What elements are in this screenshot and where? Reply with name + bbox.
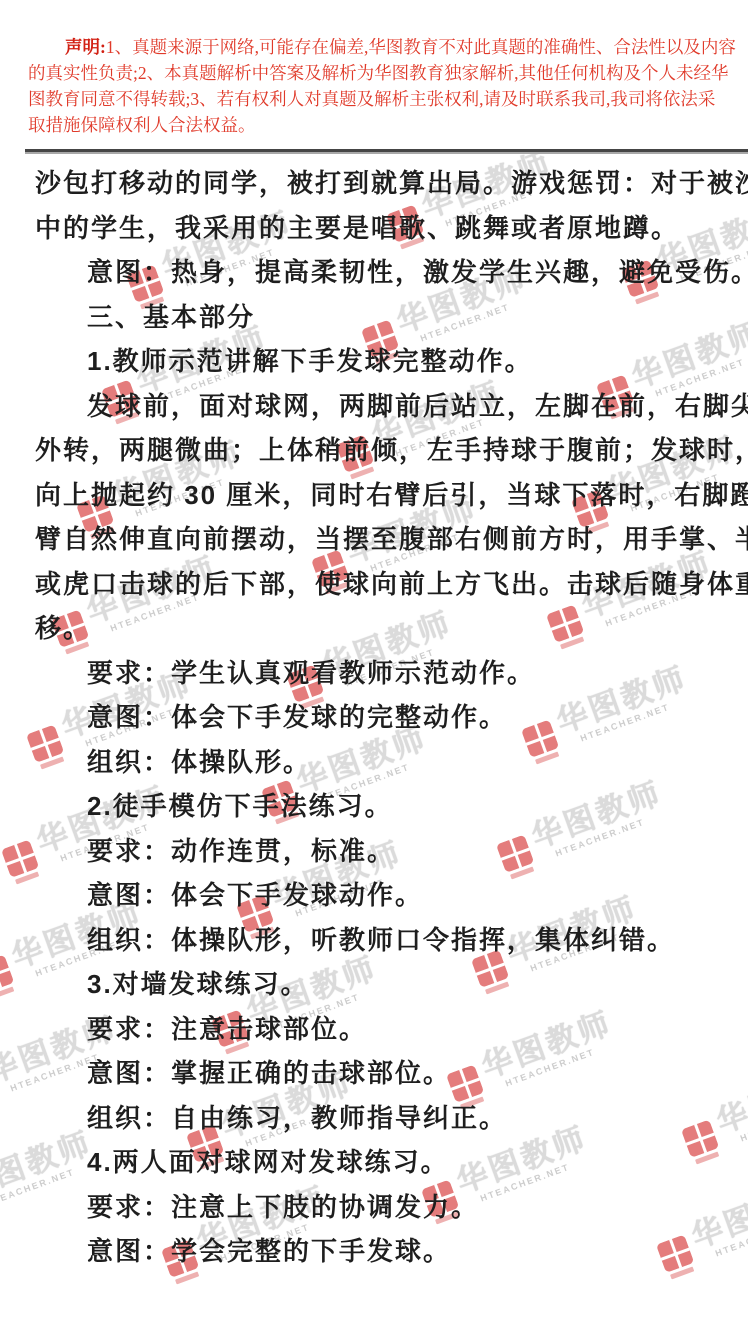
text-line: 意图：体会下手发球动作。 (35, 873, 725, 918)
text-line: 外转，两腿微曲；上体稍前倾，左手持球于腹前；发球时，将球 (35, 428, 725, 473)
disclaimer-label: 声明: (65, 37, 106, 57)
lesson-plan-text: 沙包打移动的同学，被打到就算出局。游戏惩罚：对于被沙包砸中的学生，我采用的主要是… (35, 161, 725, 1274)
text-line: 臂自然伸直向前摆动，当摆至腹部右侧前方时，用手掌、半握拳 (35, 517, 725, 562)
text-line: 要求：注意上下肢的协调发力。 (35, 1185, 725, 1230)
text-line: 3.对墙发球练习。 (35, 962, 725, 1007)
text-line: 1.教师示范讲解下手发球完整动作。 (35, 339, 725, 384)
disclaimer-text: 1、真题来源于网络,可能存在偏差,华图教育不对此真题的准确性、合法性以及内容 (106, 37, 736, 57)
text-line: 组织：体操队形，听教师口令指挥，集体纠错。 (35, 918, 725, 963)
disclaimer-notice: 声明:1、真题来源于网络,可能存在偏差,华图教育不对此真题的准确性、合法性以及内… (28, 34, 720, 138)
text-line: 向上抛起约 30 厘米，同时右臂后引，当球下落时，右脚蹬地，右 (35, 473, 725, 518)
text-line: 移。 (35, 606, 725, 651)
text-line: 要求：动作连贯，标准。 (35, 829, 725, 874)
page-content: 声明:1、真题来源于网络,可能存在偏差,华图教育不对此真题的准确性、合法性以及内… (0, 0, 748, 1335)
disclaimer-line: 的真实性负责;2、本真题解析中答案及解析为华图教育独家解析,其他任何机构及个人未… (28, 60, 720, 86)
text-line: 意图：体会下手发球的完整动作。 (35, 695, 725, 740)
text-line: 沙包打移动的同学，被打到就算出局。游戏惩罚：对于被沙包砸 (35, 161, 725, 206)
text-line: 中的学生，我采用的主要是唱歌、跳舞或者原地蹲。 (35, 206, 725, 251)
text-line: 2.徒手模仿下手法练习。 (35, 784, 725, 829)
document-page: 华图教师HTEACHER.NET华图教师HTEACHER.NET华图教师HTEA… (0, 0, 748, 1335)
text-line: 意图：学会完整的下手发球。 (35, 1229, 725, 1274)
text-line: 发球前，面对球网，两脚前后站立，左脚在前，右脚尖稍向 (35, 384, 725, 429)
text-line: 要求：注意击球部位。 (35, 1007, 725, 1052)
text-line: 组织：体操队形。 (35, 740, 725, 785)
text-line: 意图：掌握正确的击球部位。 (35, 1051, 725, 1096)
text-line: 要求：学生认真观看教师示范动作。 (35, 651, 725, 696)
disclaimer-line: 取措施保障权利人合法权益。 (28, 112, 720, 138)
divider-line (25, 149, 748, 154)
disclaimer-line: 图教育同意不得转载;3、若有权利人对真题及解析主张权利,请及时联系我司,我司将依… (28, 86, 720, 112)
text-line: 组织：自由练习，教师指导纠正。 (35, 1096, 725, 1141)
text-line: 意图：热身，提高柔韧性，激发学生兴趣，避免受伤。 (35, 250, 725, 295)
text-line: 4.两人面对球网对发球练习。 (35, 1140, 725, 1185)
disclaimer-line: 声明:1、真题来源于网络,可能存在偏差,华图教育不对此真题的准确性、合法性以及内… (28, 34, 720, 60)
text-line: 三、基本部分 (35, 295, 725, 340)
text-line: 或虎口击球的后下部，使球向前上方飞出。击球后随身体重心前 (35, 562, 725, 607)
